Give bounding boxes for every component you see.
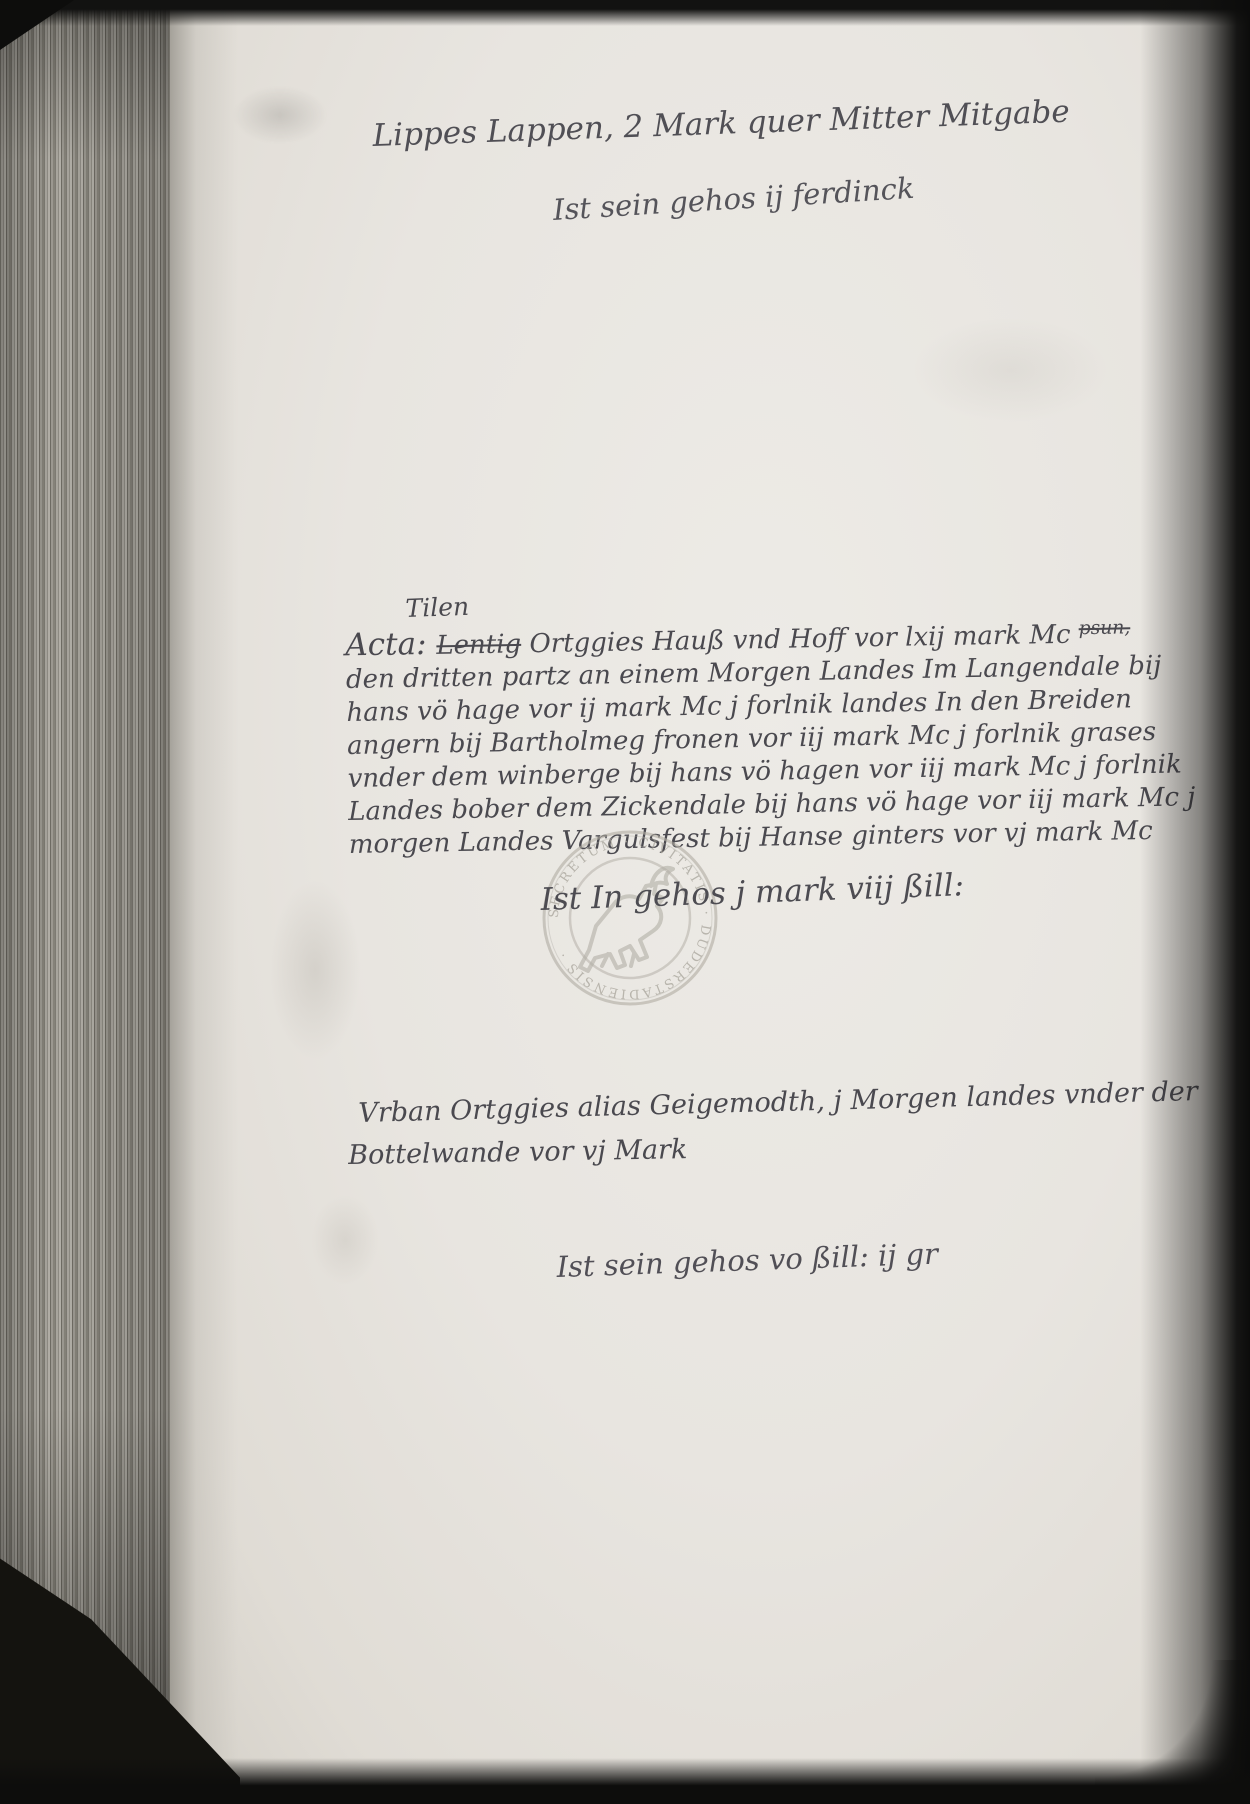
interlinear-insert: Tilen [405, 592, 470, 623]
photo-bottom-edge [0, 1758, 1250, 1804]
book-scan-photo: Lippes Lappen, 2 Mark quer Mitter Mitgab… [0, 0, 1250, 1804]
struck-word: Lentig [436, 629, 521, 660]
entry-paragraph-2-line-2: Bottelwande vor vj Mark [348, 1134, 688, 1171]
page-gutter-shadow [168, 0, 238, 1804]
interlinear-correction: psun, [1078, 617, 1130, 639]
spine-shading [0, 0, 178, 1804]
photo-right-shadow [1140, 0, 1250, 1804]
entry-line-prefix: Acta: [345, 626, 437, 664]
city-seal-stamp: SECRETUM · CIVITATIS · DUDERSTADIENSIS · [538, 826, 722, 1010]
photo-top-edge [0, 0, 1250, 26]
entry-paragraph-1: Acta: Lentig Ortggies Hauß vnd Hoff vor … [345, 610, 1196, 862]
